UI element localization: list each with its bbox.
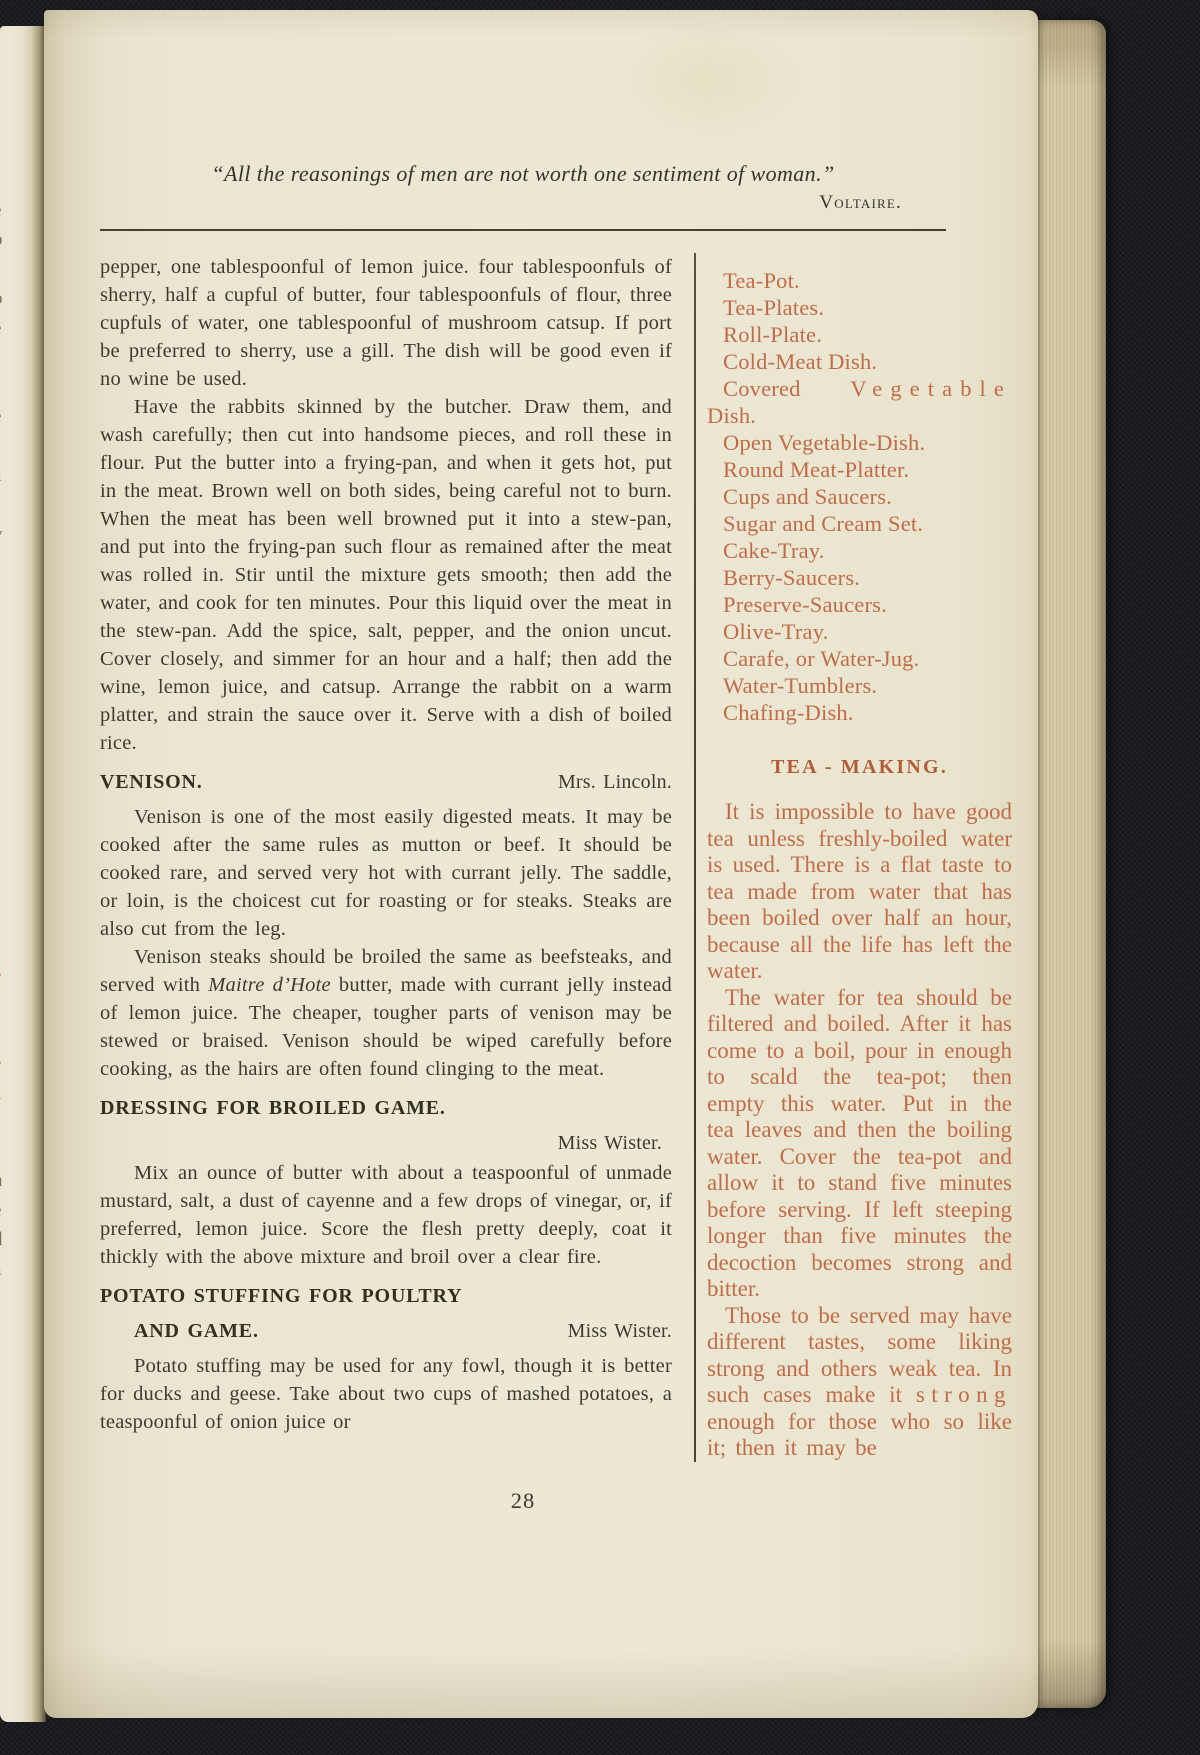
- paragraph-tea-3: Those to be served may have different ta…: [707, 1303, 1012, 1462]
- column-divider-rule: [694, 253, 696, 1462]
- venison-2-italic: Maitre d’Hote: [208, 974, 331, 996]
- dressing-heading: DRESSING FOR BROILED GAME.: [100, 1094, 446, 1122]
- paragraph-potato-stuffing: Potato stuffing may be used for any fowl…: [100, 1352, 672, 1436]
- page-edge-stack: [1026, 20, 1106, 1708]
- paragraph-dressing: Mix an ounce of butter with about a teas…: [100, 1159, 672, 1271]
- potato-heading-row-2: AND GAME. Miss Wister.: [100, 1317, 672, 1345]
- paragraph-tea-2: The water for tea should be filtered and…: [707, 985, 1012, 1303]
- facing-page-sliver: , e o r o e - s e a y f , l e ) - e a n …: [0, 26, 46, 1722]
- potato-byline: Miss Wister.: [568, 1317, 672, 1345]
- tea-making-section: TEA - MAKING. It is impossible to have g…: [707, 756, 1012, 1462]
- epigraph-quote: “All the reasonings of men are not worth…: [100, 160, 946, 187]
- list-item: Cups and Saucers.: [707, 483, 1012, 510]
- list-item: Olive-Tray.: [707, 618, 1012, 645]
- left-column: pepper, one tablespoonful of lemon juice…: [100, 253, 672, 1462]
- paragraph-rabbit-continued: pepper, one tablespoonful of lemon juice…: [100, 253, 672, 393]
- page-number: 28: [100, 1488, 946, 1514]
- venison-byline: Mrs. Lincoln.: [558, 768, 672, 796]
- list-item: Cake-Tray.: [707, 537, 1012, 564]
- dressing-byline: Miss Wister.: [100, 1129, 672, 1157]
- potato-heading-line1: POTATO STUFFING FOR POULTRY: [100, 1282, 462, 1310]
- paragraph-tea-1: It is impossible to have good tea unless…: [707, 799, 1012, 985]
- edge-text-fragments-bottom: n e d a s - f , .: [0, 1166, 15, 1432]
- venison-heading: VENISON.: [100, 768, 203, 796]
- two-column-layout: pepper, one tablespoonful of lemon juice…: [100, 253, 1012, 1462]
- list-item: Round Meat-Platter.: [707, 456, 1012, 483]
- list-item: Carafe, or Water-Jug.: [707, 645, 1012, 672]
- list-item: Water-Tumblers.: [707, 672, 1012, 699]
- list-item: Open Vegetable-Dish.: [707, 429, 1012, 456]
- venison-heading-row: VENISON. Mrs. Lincoln.: [100, 768, 672, 796]
- list-item: Chafing-Dish.: [707, 699, 1012, 726]
- paragraph-venison-1: Venison is one of the most easily digest…: [100, 803, 672, 943]
- edge-text-fragments-middle: l e ) - e a: [0, 931, 15, 1108]
- edge-text-fragments-top: , e o r o e - s e a y f ,: [0, 166, 15, 609]
- tea-making-heading: TEA - MAKING.: [707, 756, 1012, 779]
- book-page: “All the reasonings of men are not worth…: [44, 10, 1038, 1718]
- list-item: Preserve-Saucers.: [707, 591, 1012, 618]
- covered-pre: Covered: [723, 376, 850, 401]
- covered-spaced: Vegetable: [850, 376, 1012, 401]
- paragraph-venison-2: Venison steaks should be broiled the sam…: [100, 943, 672, 1083]
- tea-3-post: enough for those who so like it; then it…: [707, 1409, 1012, 1461]
- list-item: Tea-Pot.: [707, 267, 1012, 294]
- epigraph-attribution: Voltaire.: [100, 192, 946, 214]
- list-item: Tea-Plates.: [707, 294, 1012, 321]
- list-item: Cold-Meat Dish.: [707, 348, 1012, 375]
- covered-post: Dish.: [707, 403, 756, 428]
- paragraph-rabbit-method: Have the rabbits skinned by the butcher.…: [100, 393, 672, 757]
- list-item-covered-vegetable-dish: Covered Vegetable Dish.: [707, 375, 1012, 429]
- china-service-list: Tea-Pot. Tea-Plates. Roll-Plate. Cold-Me…: [707, 267, 1012, 726]
- list-item: Sugar and Cream Set.: [707, 510, 1012, 537]
- list-item: Berry-Saucers.: [707, 564, 1012, 591]
- dressing-heading-row: DRESSING FOR BROILED GAME.: [100, 1094, 672, 1122]
- list-item: Roll-Plate.: [707, 321, 1012, 348]
- horizontal-rule: [100, 229, 946, 231]
- right-column: Tea-Pot. Tea-Plates. Roll-Plate. Cold-Me…: [707, 253, 1012, 1462]
- tea-3-spaced: strong: [916, 1382, 1012, 1407]
- potato-heading-line2: AND GAME.: [134, 1317, 259, 1345]
- potato-heading-row-1: POTATO STUFFING FOR POULTRY: [100, 1282, 672, 1310]
- page-content: “All the reasonings of men are not worth…: [44, 10, 1038, 1718]
